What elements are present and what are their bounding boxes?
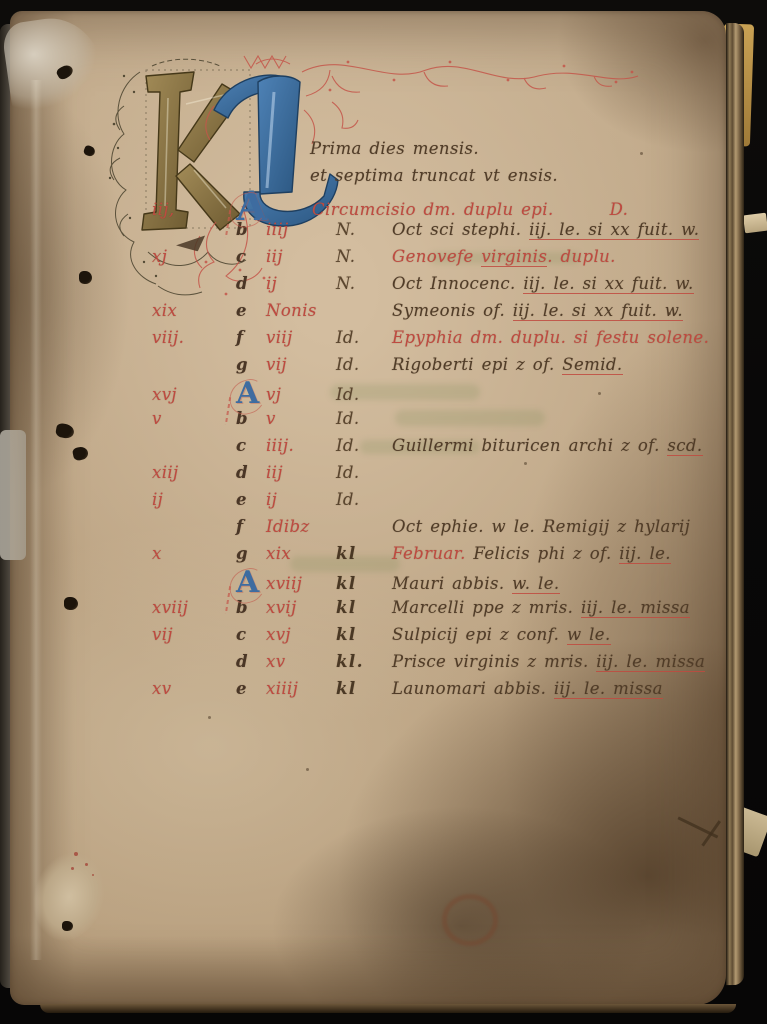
ink-speck [208,716,211,719]
red-ink-speckle [74,852,78,856]
edge-repair-patch [0,430,26,560]
golden-number: xj [148,247,236,266]
feast-text: Rigoberti epi z of. Semid. [392,355,718,374]
day-mark: Id. [336,355,392,374]
day-mark: kl [336,598,392,617]
feast-text-segment: scd. [667,436,702,456]
dominical-letter: f [236,328,266,347]
day-number: Nonis [266,301,336,320]
calendar-row: iij,ACircumcisio dm. duplu epi.D. [148,193,718,220]
day-number: ij [266,490,336,509]
feast-text: Oct Innocenc. iij. le. si xx fuit. w. [392,274,718,293]
day-number: xix [266,544,336,563]
dominical-letter: e [236,490,266,509]
calendar-row: gvijId.Rigoberti epi z of. Semid. [148,355,718,382]
golden-number: xv [148,679,236,698]
feast-text: Symeonis of. iij. le. si xx fuit. w. [392,301,718,320]
day-mark: Id. [336,490,392,509]
calendar-row: vbvId. [148,409,718,436]
day-number: ij [266,274,336,293]
day-number: vij [266,355,336,374]
kl-monogram-label: KL [0,0,1,1]
page-crease-highlight [30,80,42,960]
feast-text: Februar. Felicis phi z of. iij. le. [392,544,718,563]
feast-text-segment: Epyphia dm. duplu. si festu solene. [392,328,709,347]
feast-text: Circumcisio dm. duplu epi.D. [312,200,718,219]
day-number: Idibz [266,517,336,536]
calendar-row: xiijdiijId. [148,463,718,490]
dominical-letter: A [236,198,266,218]
dominical-letter: A [236,385,266,405]
calendar-row: xgxixklFebruar. Felicis phi z of. iij. l… [148,544,718,571]
dominical-letter: e [236,679,266,698]
day-mark: Id. [336,385,392,404]
feast-text-segment: Oct ephie. w le. Remigij z hylarij [392,517,690,536]
feast-text: Oct ephie. w le. Remigij z hylarij [392,517,718,536]
calendar-row: xvjAvjId. [148,382,718,409]
feast-text-segment: w le. [567,625,611,645]
dominical-letter: d [236,652,266,671]
calendar-row: xviijbxvijklMarcelli ppe z mris. iij. le… [148,598,718,625]
day-mark: Id. [336,409,392,428]
dominical-letter: e [236,301,266,320]
day-number: iiij. [266,436,336,455]
feast-text: Marcelli ppe z mris. iij. le. missa [392,598,718,617]
parchment-tab-upper [743,213,767,234]
calendar-row: vijcxvjklSulpicij epi z conf. w le. [148,625,718,652]
feast-text-segment: Semid. [562,355,622,375]
feast-text-segment: Rigoberti epi z of. [392,355,562,374]
day-number: xviij [266,574,336,593]
calendar-rows: iij,ACircumcisio dm. duplu epi.D.biiijN.… [148,193,718,706]
feast-text-segment: Symeonis of. [392,301,513,320]
manuscript-photo: KL Prima dies mensis. et septima truncat… [0,0,767,1024]
feast-text-segment: Mauri abbis. [392,574,512,593]
day-mark: Id. [336,328,392,347]
day-number: xv [266,652,336,671]
golden-number: iij, [148,200,236,219]
feast-text-segment: virginis [481,247,547,267]
feast-text: Guillermi bituricen archi z of. scd. [392,436,718,455]
feast-text-segment: Oct sci stephi. [392,220,529,239]
day-mark: kl [336,544,392,563]
feast-text-segment: iij. le. si xx fuit. w. [529,220,699,240]
feast-text-segment: D. [610,200,629,219]
day-number: xvj [266,625,336,644]
day-number: xiiij [266,679,336,698]
day-mark: kl [336,574,392,593]
golden-number: x [148,544,236,563]
dominical-letter: A [236,574,266,594]
red-ink-speckle [92,874,94,876]
day-mark: Id. [336,436,392,455]
feast-text: Oct sci stephi. iij. le. si xx fuit. w. [392,220,718,239]
day-number: iiij [266,220,336,239]
binding-hole [79,271,92,284]
calendar-row: AxviijklMauri abbis. w. le. [148,571,718,598]
calendar-row: xjciijN.Genovefe virginis. duplu. [148,247,718,274]
calendar-row: fIdibzOct ephie. w le. Remigij z hylarij [148,517,718,544]
calendar-row: dxvkl.Prisce virginis z mris. iij. le. m… [148,652,718,679]
day-number: iij [266,247,336,266]
day-mark: kl [336,679,392,698]
day-mark: kl. [336,652,392,671]
dominical-letter: d [236,274,266,293]
day-number: xvij [266,598,336,617]
dominical-letter: c [236,247,266,266]
day-number: viij [266,328,336,347]
calendar-verse-line: Prima dies mensis. [310,139,718,166]
feast-text-segment: iij. le. missa [581,598,690,618]
feast-text-segment: iij. le. missa [554,679,663,699]
day-mark: N. [336,274,392,293]
dominical-letter: f [236,517,266,536]
golden-number: v [148,409,236,428]
feast-text-segment: iij. le. si xx fuit. w. [523,274,693,294]
feast-text-segment: Marcelli ppe z mris. [392,598,581,617]
binding-hole [64,597,78,610]
golden-number: viij. [148,328,236,347]
day-mark: N. [336,247,392,266]
calendar-row: xvexiiijklLaunomari abbis. iij. le. miss… [148,679,718,706]
day-number: v [266,409,336,428]
feast-text-segment: iij. le. [619,544,671,564]
calendar-row: ijeijId. [148,490,718,517]
calendar-row: xixeNonisSymeonis of. iij. le. si xx fui… [148,301,718,328]
dominical-letter: g [236,355,266,374]
dominical-letter: c [236,436,266,455]
calendar-verse-line: et septima truncat vt ensis. [310,166,718,193]
day-mark: kl [336,625,392,644]
red-ink-speckle [71,867,74,870]
feast-text-segment: Prisce virginis z mris. [392,652,596,671]
golden-number: vij [148,625,236,644]
dominical-letter: d [236,463,266,482]
golden-number: xviij [148,598,236,617]
golden-number: xiij [148,463,236,482]
feast-text-segment: w. le. [512,574,559,594]
day-mark: Id. [336,463,392,482]
feast-text-segment: Guillermi bituricen archi z of. [392,436,667,455]
day-mark: N. [336,220,392,239]
feast-text-segment: Genovefe [392,247,481,266]
feast-text-segment: Februar. [392,544,473,563]
feast-text: Epyphia dm. duplu. si festu solene. [392,328,718,347]
calendar-row: biiijN.Oct sci stephi. iij. le. si xx fu… [148,220,718,247]
calendar-row: dijN.Oct Innocenc. iij. le. si xx fuit. … [148,274,718,301]
feast-text: Prisce virginis z mris. iij. le. missa [392,652,718,671]
feast-text-segment: . duplu. [547,247,616,266]
feast-text-segment: Oct Innocenc. [392,274,523,293]
dominical-letter: g [236,544,266,563]
feast-text-segment: iij. le. si xx fuit. w. [513,301,683,321]
dominical-letter: c [236,625,266,644]
feast-text-segment: Sulpicij epi z conf. [392,625,567,644]
calendar-row: ciiij.Id.Guillermi bituricen archi z of.… [148,436,718,463]
feast-text: Mauri abbis. w. le. [392,574,718,593]
feast-text-segment: iij. le. missa [596,652,705,672]
feast-text: Launomari abbis. iij. le. missa [392,679,718,698]
feast-text-segment: Circumcisio dm. duplu epi. [312,200,554,219]
golden-number: xvj [148,385,236,404]
day-number: vj [266,385,336,404]
golden-number: ij [148,490,236,509]
day-number: iij [266,463,336,482]
ring-stain [442,894,498,946]
feast-text-segment: Launomari abbis. [392,679,554,698]
calendar-row: viij.fviijId.Epyphia dm. duplu. si festu… [148,328,718,355]
feast-text-segment: Felicis phi z of. [473,544,619,563]
calendar-text-block: Prima dies mensis. et septima truncat vt… [148,139,718,706]
red-ink-speckle [85,863,88,866]
binding-hole [62,921,73,931]
ink-speck [306,768,309,771]
feast-text: Genovefe virginis. duplu. [392,247,718,266]
feast-text: Sulpicij epi z conf. w le. [392,625,718,644]
golden-number: xix [148,301,236,320]
